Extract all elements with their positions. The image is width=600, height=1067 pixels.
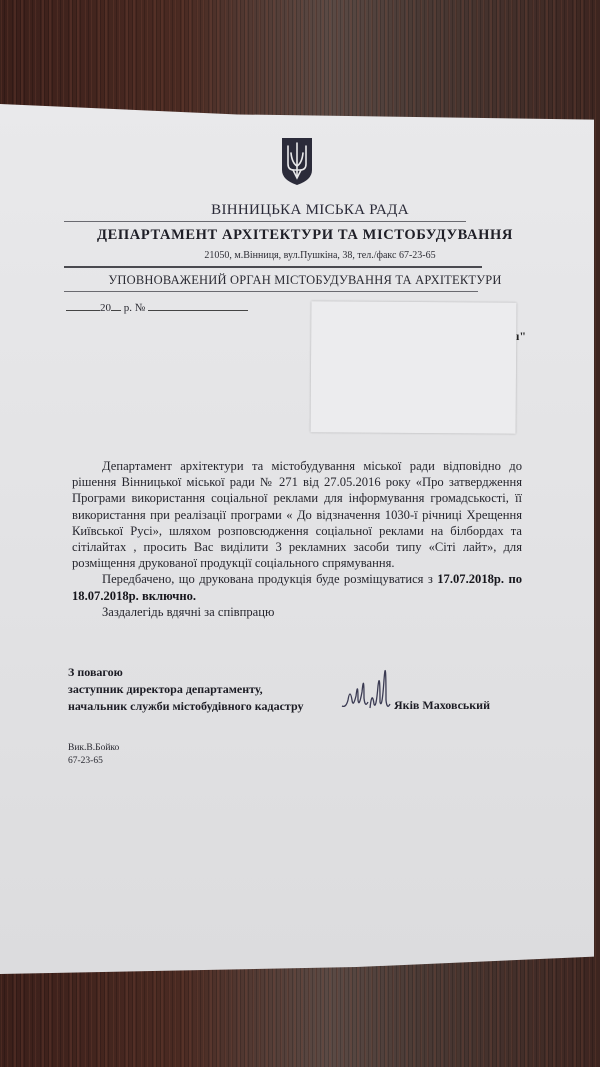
body-paragraph: Передбачено, що друкована продукція буде…	[72, 571, 522, 603]
authority-title: УПОВНОВАЖЕНИЙ ОРГАН МІСТОБУДУВАННЯ ТА АР…	[0, 273, 600, 288]
handwritten-signature-icon	[340, 650, 396, 712]
signature-block: З повагою заступник директора департамен…	[68, 664, 303, 715]
executor-name: Вик.В.Бойко	[68, 742, 119, 755]
header-divider	[64, 291, 478, 292]
date-blank	[66, 300, 100, 311]
closing: З повагою	[68, 664, 303, 681]
signer-position-2: начальник служби містобудівного кадастру	[68, 698, 303, 715]
body-paragraph: Заздалегідь вдячні за співпрацю	[72, 604, 522, 620]
trident-coat-of-arms-icon	[280, 136, 314, 186]
executor-phone: 67-23-65	[68, 755, 119, 768]
recipient-trailing-mark: ı"	[516, 329, 526, 344]
city-council-title: ВІННИЦЬКА МІСЬКА РАДА	[0, 202, 600, 219]
department-title: ДЕПАРТАМЕНТ АРХІТЕКТУРИ ТА МІСТОБУДУВАНН…	[0, 227, 600, 244]
placement-end: .	[193, 589, 196, 603]
header-divider	[64, 221, 466, 222]
placement-lead: Передбачено, що друкована продукція буде…	[102, 572, 433, 586]
department-address: 21050, м.Вінниця, вул.Пушкіна, 38, тел./…	[0, 250, 600, 261]
header-divider	[64, 266, 482, 268]
letter-body: Департамент архітектури та містобудуванн…	[72, 458, 522, 620]
signer-position-1: заступник директора департаменту,	[68, 681, 303, 698]
number-label: р. №	[124, 302, 146, 314]
year-blank	[111, 300, 121, 311]
redacted-recipient-block	[311, 301, 517, 433]
number-blank	[148, 300, 248, 311]
body-paragraph: Департамент архітектури та містобудуванн…	[72, 458, 522, 571]
dateline: 20 р. №	[66, 300, 248, 314]
executor-info: Вик.В.Бойко 67-23-65	[68, 742, 119, 768]
signer-name: Яків Маховський	[394, 698, 490, 713]
year-prefix: 20	[100, 302, 111, 314]
